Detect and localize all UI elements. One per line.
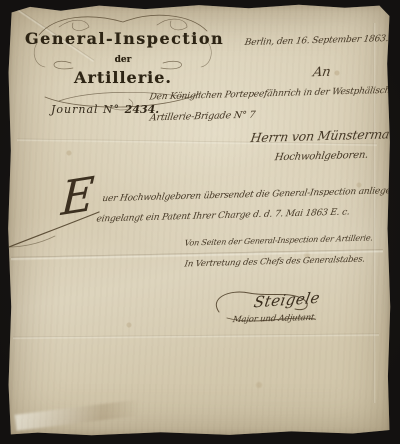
crease-lower bbox=[13, 333, 379, 339]
body-initial-letter: E bbox=[60, 170, 96, 222]
address-recipient-name: Herrn von Münstermann bbox=[250, 126, 400, 145]
dateline: Berlin, den 16. September 1863. bbox=[244, 34, 389, 48]
address-line-2: Artillerie-Brigade N° 7 bbox=[149, 110, 256, 124]
letterhead-title: General-Inspection bbox=[25, 29, 221, 48]
body-line-3: Von Seiten der General-Inspection der Ar… bbox=[184, 233, 374, 247]
letter-paper: General-Inspection der Artillerie. Journ… bbox=[7, 3, 391, 437]
body-line-4: In Vertretung des Chefs des Generalstabe… bbox=[184, 254, 366, 269]
crease-right-edge bbox=[373, 23, 376, 403]
body-line-1: uer Hochwohlgeboren übersendet die Gener… bbox=[102, 186, 400, 204]
salutation-an: An bbox=[312, 65, 332, 80]
letterhead-subtitle-artillerie: Artillerie. bbox=[25, 68, 221, 87]
journal-label: Journal N° bbox=[51, 103, 120, 116]
letterhead-subtitle-der: der bbox=[25, 55, 221, 65]
address-line-4: Hochwohlgeboren. bbox=[274, 150, 369, 164]
fold-bottom-left bbox=[15, 395, 176, 430]
journal-number-line: Journal N° 2434. bbox=[51, 103, 159, 116]
